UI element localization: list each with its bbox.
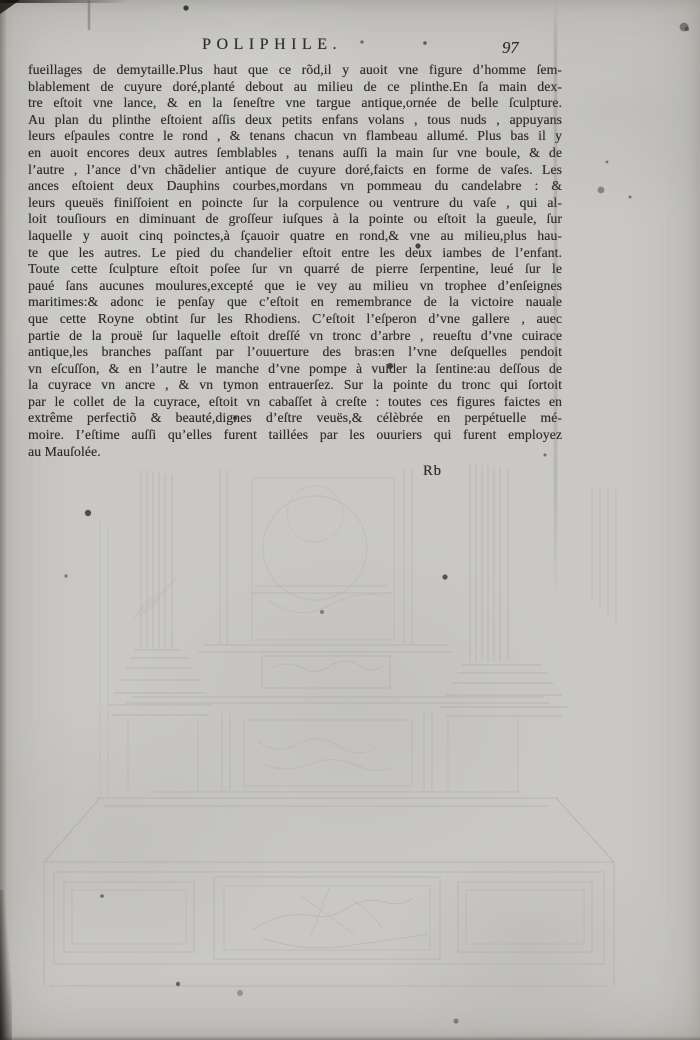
text-line: loit touſiours en diminuant de groſſeur … [28,211,562,228]
text-line: fueillages de demytaille.Plus haut que c… [28,62,562,79]
text-line: l’autre , l’ance d’vn chãdelier antique … [28,162,562,179]
text-line: vn eſcuſſon, & en l’autre le manche d’vn… [28,361,562,378]
text-line: tre eſtoit vne lance, & en la ſeneſtre v… [28,95,562,112]
paper-crease [554,0,557,600]
scan-edge-bottom [0,1036,700,1040]
signature-mark: Rb [423,463,442,480]
text-line: paué ſans aucunes moulures,excepté que i… [28,278,562,295]
text-line: laquelle y auoit cinq poinctes,à ſçauoir… [28,228,562,245]
text-line: ances eſtoient deux Dauphins courbes,mor… [28,178,562,195]
text-line: leurs eſpaules contre le rond , & tenans… [28,128,562,145]
text-line: en auoit encores deux autres ſemblables … [28,145,562,162]
text-line: moire. I’eſtime auſſi qu’elles furent ta… [28,427,562,444]
text-line: blablement de cuyure doré,planté debout … [28,79,562,96]
text-line: partie de la prouë ſur laquelle eſtoit d… [28,328,562,345]
text-line: Toute cette ſculpture eſtoit poſee ſur v… [28,261,562,278]
page-number: 97 [502,38,519,58]
text-line: leurs queuës finiſſoient en poincte ſur … [28,195,562,212]
text-line: par le collet de la cuyrace, eſtoit vn c… [28,394,562,411]
book-page-scan: POLIPHILE. 97 fueillages de demytaille.P… [0,0,700,1040]
text-line: maritimes:& adonc ie penſay que c’eſtoit… [28,294,562,311]
scan-edge-top [0,0,130,3]
scan-corner-bottom-left [0,890,12,1040]
scan-edge-left [0,0,7,1040]
text-line: que cette Royne obtint ſur les Rhodiens.… [28,311,562,328]
text-line: au Mauſolée. [28,444,562,461]
text-line: Au plan du plinthe eſtoient aſſis deux p… [28,112,562,129]
text-line: la cuyrace vn ancre , & vn tymon entraue… [28,377,562,394]
paper-crease-top [88,0,90,30]
running-title: POLIPHILE. [202,36,342,54]
text-line: antique,les branches paſſant par l’ouuer… [28,344,562,361]
body-text: fueillages de demytaille.Plus haut que c… [28,62,562,460]
text-line: te que les autres. Le pied du chandelier… [28,245,562,262]
text-line: extrême perfectiõ & beauté,dignes d’eſtr… [28,410,562,427]
